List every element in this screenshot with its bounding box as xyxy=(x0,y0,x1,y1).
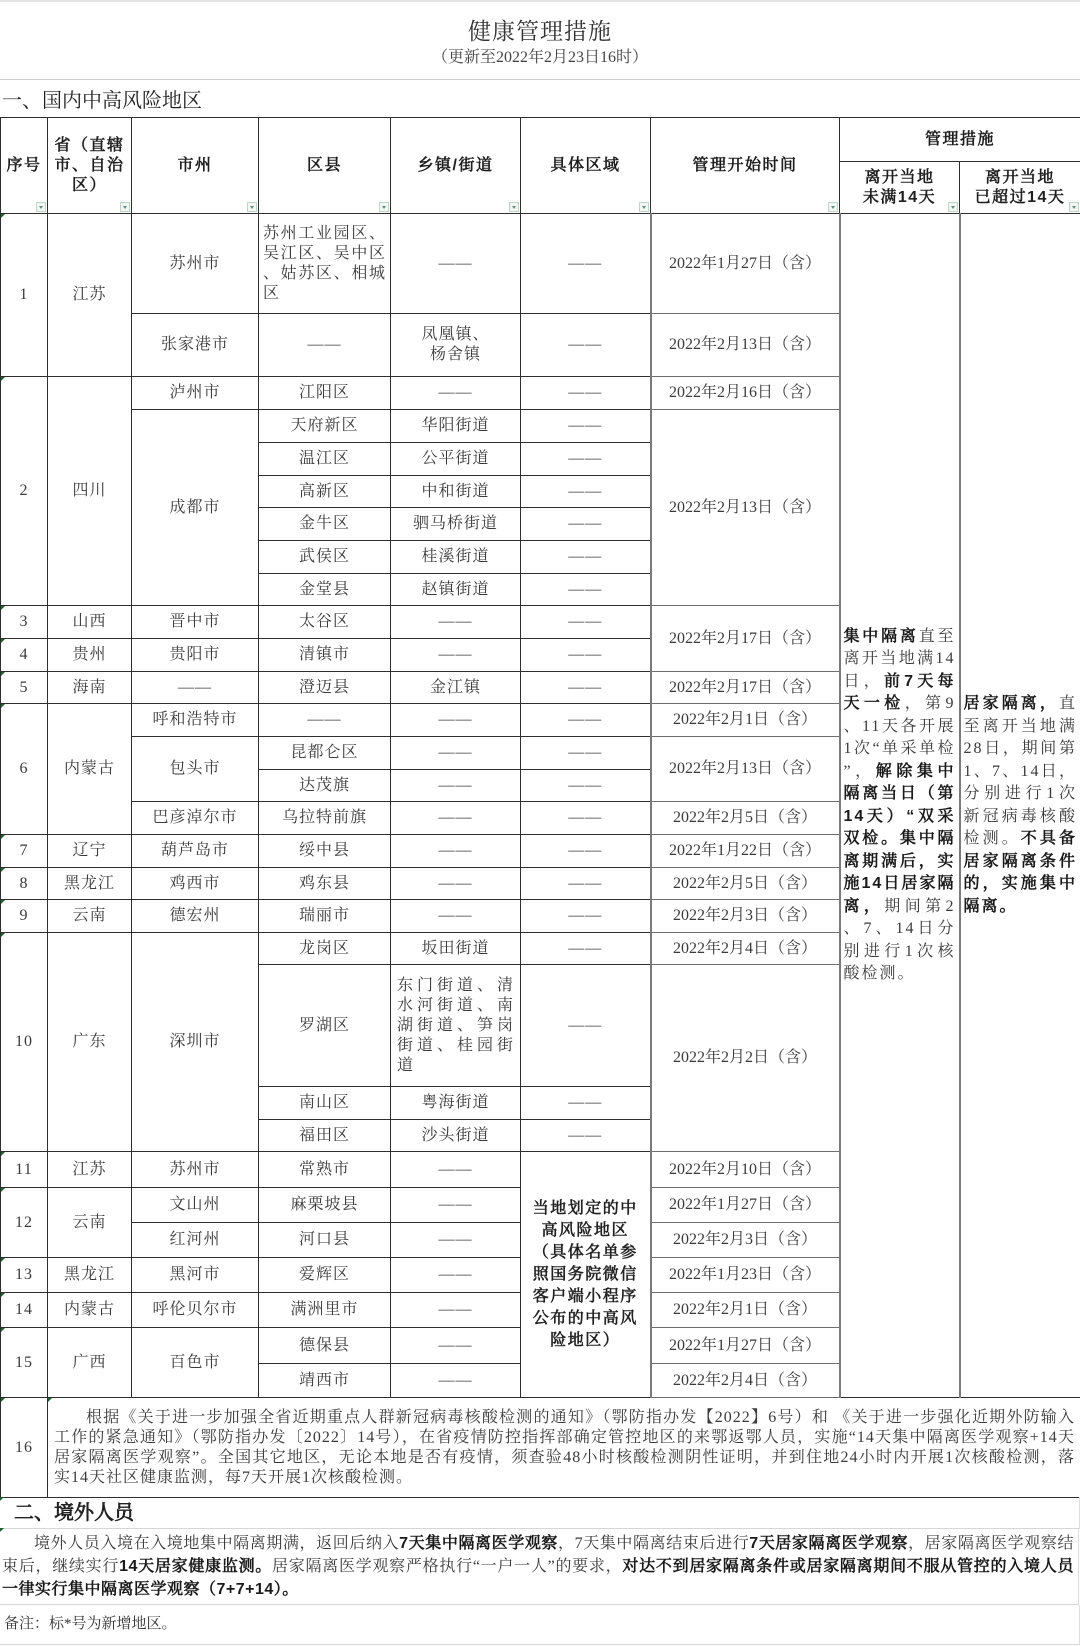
header-index: 序号 xyxy=(1,118,48,214)
header-town: 乡镇/街道 xyxy=(391,118,521,214)
header-start-time: 管理开始时间 xyxy=(651,118,840,214)
cell-area: —— xyxy=(521,508,651,541)
cell-district: 金牛区 xyxy=(259,508,391,541)
error-indicator-icon xyxy=(1,1398,5,1402)
header-row: 序号 省（直辖市、自治区） 市州 区县 乡镇/街道 具体区域 管理开始时间 管理… xyxy=(1,118,1080,162)
measure-over-14-days: 居家隔离，直至离开当地满28日，期间第1、7、14日，分别进行1次新冠病毒核酸检… xyxy=(960,214,1080,1398)
table-row-policy-note: 16 根据《关于进一步加强全省近期重点人群新冠病毒核酸检测的通知》（鄂防指办发【… xyxy=(1,1398,1080,1498)
cell-index: 13 xyxy=(1,1258,48,1293)
filter-dropdown-button[interactable] xyxy=(120,202,130,212)
paragraph-bold-segment: 7天集中隔离医学观察 xyxy=(399,1535,558,1552)
header-over-14-days: 离开当地 已超过14天 xyxy=(960,162,1080,214)
cell-town: —— xyxy=(391,214,521,314)
cell-district: 武侯区 xyxy=(259,541,391,574)
header-label: 离开当地 未满14天 xyxy=(863,168,936,208)
cell-start-date: 2022年1月23日（含） xyxy=(651,1258,840,1293)
cell-start-date: 2022年2月13日（含） xyxy=(651,314,840,377)
section-heading-domestic: 一、国内中高风险地区 xyxy=(2,86,202,114)
cell-province: 海南 xyxy=(48,672,132,704)
cell-area: —— xyxy=(521,443,651,476)
header-measures: 管理措施 xyxy=(840,118,1080,162)
error-indicator-icon xyxy=(1,868,5,872)
cell-city: 呼伦贝尔市 xyxy=(132,1293,259,1328)
cell-start-date: 2022年2月2日（含） xyxy=(651,965,840,1152)
error-indicator-icon xyxy=(1,900,5,904)
cell-city: 文山州 xyxy=(132,1188,259,1223)
page-subtitle: （更新至2022年2月23日16时） xyxy=(0,48,1080,68)
cell-town: —— xyxy=(391,1223,521,1258)
cell-city: 深圳市 xyxy=(132,933,259,1152)
cell-district: 太谷区 xyxy=(259,606,391,639)
header-label: 区县 xyxy=(307,156,342,176)
cell-index: 11 xyxy=(1,1152,48,1188)
cell-index: 5 xyxy=(1,672,48,704)
error-indicator-icon xyxy=(1,835,5,839)
cell-province: 内蒙古 xyxy=(48,1293,132,1328)
header-label: 具体区域 xyxy=(550,156,620,176)
cell-city: 鸡西市 xyxy=(132,868,259,900)
index-value: 10 xyxy=(15,1033,33,1050)
cell-start-date: 2022年2月4日（含） xyxy=(651,1364,840,1398)
cell-district: 爱辉区 xyxy=(259,1258,391,1293)
risk-area-table: 序号 省（直辖市、自治区） 市州 区县 乡镇/街道 具体区域 管理开始时间 管理… xyxy=(0,117,1080,1498)
cell-area: —— xyxy=(521,639,651,672)
cell-city: 巴彦淖尔市 xyxy=(132,802,259,835)
cell-area: —— xyxy=(521,377,651,410)
error-indicator-icon xyxy=(1,704,5,708)
chevron-down-icon xyxy=(123,206,127,209)
cell-district: 靖西市 xyxy=(259,1364,391,1398)
index-value: 1 xyxy=(20,286,29,303)
cell-area: —— xyxy=(521,214,651,314)
paragraph-bold-segment: 7天居家隔离医学观察 xyxy=(749,1535,908,1552)
table-row: 1 江苏 苏州市 苏州工业园区、吴江区、吴中区、姑苏区、相城区 —— —— 20… xyxy=(1,214,1080,314)
cell-city: 包头市 xyxy=(132,737,259,802)
paragraph-segment: 境外人员入境在入境地集中隔离期满，返回后纳入 xyxy=(34,1535,399,1552)
cell-district: 福田区 xyxy=(259,1120,391,1152)
cell-index: 16 xyxy=(1,1398,48,1498)
error-indicator-icon xyxy=(1,1293,5,1297)
cell-town: 驷马桥街道 xyxy=(391,508,521,541)
error-indicator-icon xyxy=(1,377,5,381)
cell-district: —— xyxy=(259,314,391,377)
cell-area: —— xyxy=(521,737,651,770)
cell-district: 清镇市 xyxy=(259,639,391,672)
cell-index: 10 xyxy=(1,933,48,1152)
error-indicator-icon xyxy=(48,1398,52,1402)
cell-city: 张家港市 xyxy=(132,314,259,377)
cell-district: 达茂旗 xyxy=(259,770,391,802)
header-label: 管理措施 xyxy=(925,130,995,150)
cell-area: —— xyxy=(521,802,651,835)
filter-dropdown-button[interactable] xyxy=(509,202,519,212)
cell-city: 苏州市 xyxy=(132,214,259,314)
cell-area: —— xyxy=(521,606,651,639)
cell-town: —— xyxy=(391,835,521,868)
cell-start-date: 2022年2月5日（含） xyxy=(651,868,840,900)
error-indicator-icon xyxy=(1,933,5,937)
cell-province: 江苏 xyxy=(48,1152,132,1188)
index-value: 14 xyxy=(15,1301,33,1318)
cell-town: —— xyxy=(391,1293,521,1328)
index-value: 6 xyxy=(20,760,29,777)
cell-town: 桂溪街道 xyxy=(391,541,521,574)
measure-bold-text: 居家隔离， xyxy=(964,695,1060,712)
cell-start-date: 2022年2月3日（含） xyxy=(651,900,840,933)
cell-district: —— xyxy=(259,704,391,737)
cell-town: 坂田街道 xyxy=(391,933,521,965)
cell-district: 龙岗区 xyxy=(259,933,391,965)
cell-city: 晋中市 xyxy=(132,606,259,639)
cell-policy-text: 根据《关于进一步加强全省近期重点人群新冠病毒核酸检测的通知》（鄂防指办发【202… xyxy=(48,1398,1080,1498)
cell-area: —— xyxy=(521,868,651,900)
filter-dropdown-button[interactable] xyxy=(828,202,838,212)
filter-dropdown-button[interactable] xyxy=(36,202,46,212)
chevron-down-icon xyxy=(382,206,386,209)
paragraph-bold-segment: 14天居家健康监测。 xyxy=(119,1558,272,1575)
cell-district: 鸡东县 xyxy=(259,868,391,900)
cell-town: 粤海街道 xyxy=(391,1087,521,1120)
cell-district: 金堂县 xyxy=(259,574,391,606)
cell-town: 赵镇街道 xyxy=(391,574,521,606)
cell-district: 乌拉特前旗 xyxy=(259,802,391,835)
cell-area: —— xyxy=(521,410,651,443)
cell-start-date: 2022年2月13日（含） xyxy=(651,410,840,606)
cell-town: —— xyxy=(391,737,521,770)
measure-text: 集中隔离直至离开当地满14日，前7天每天一检，第9、11天各开展1次“单采单检”… xyxy=(844,626,956,986)
cell-index: 14 xyxy=(1,1293,48,1328)
overseas-policy-paragraph: 境外人员入境在入境地集中隔离期满，返回后纳入7天集中隔离医学观察，7天集中隔离结… xyxy=(0,1528,1079,1605)
error-indicator-icon xyxy=(1,672,5,676)
cell-area: —— xyxy=(521,704,651,737)
error-indicator-icon xyxy=(1,214,5,218)
index-value: 5 xyxy=(20,679,29,696)
measure-bold-text: 解除集中隔离当日（第14天）“双采双检。集中隔离期满后，实施14日居家隔离， xyxy=(844,763,956,915)
cell-area-local-designated: 当地划定的中高风险地区（具体名单参照国务院微信客户端小程序公布的中高风险地区） xyxy=(521,1152,651,1398)
cell-start-date: 2022年2月1日（含） xyxy=(651,1293,840,1328)
cell-province: 辽宁 xyxy=(48,835,132,868)
cell-index: 6 xyxy=(1,704,48,835)
filter-dropdown-button[interactable] xyxy=(1069,202,1079,212)
cell-start-date: 2022年2月16日（含） xyxy=(651,377,840,410)
cell-index: 4 xyxy=(1,639,48,672)
cell-index: 7 xyxy=(1,835,48,868)
cell-city: 红河州 xyxy=(132,1223,259,1258)
header-district: 区县 xyxy=(259,118,391,214)
cell-province: 广西 xyxy=(48,1328,132,1398)
cell-town: 华阳街道 xyxy=(391,410,521,443)
cell-area: —— xyxy=(521,900,651,933)
cell-start-date: 2022年2月1日（含） xyxy=(651,704,840,737)
cell-area: —— xyxy=(521,770,651,802)
cell-district: 南山区 xyxy=(259,1087,391,1120)
cell-province: 山西 xyxy=(48,606,132,639)
error-indicator-icon xyxy=(0,1497,4,1501)
error-indicator-icon xyxy=(1,639,5,643)
cell-town: —— xyxy=(391,868,521,900)
cell-district: 德保县 xyxy=(259,1328,391,1364)
section-heading-overseas-block: 二、境外人员 xyxy=(0,1497,1080,1529)
chevron-down-icon xyxy=(512,206,516,209)
chevron-down-icon xyxy=(1072,206,1076,209)
paragraph-segment: ，7天集中隔离结束后进行 xyxy=(558,1535,749,1552)
filter-dropdown-button[interactable] xyxy=(247,202,257,212)
cell-district: 瑞丽市 xyxy=(259,900,391,933)
error-indicator-icon xyxy=(1,606,5,610)
cell-area: —— xyxy=(521,1087,651,1120)
footnote-text: 备注：标*号为新增地区。 xyxy=(4,1605,177,1644)
section-heading-overseas: 二、境外人员 xyxy=(14,1497,134,1528)
index-value: 12 xyxy=(15,1214,33,1231)
cell-district: 满洲里市 xyxy=(259,1293,391,1328)
cell-city: 苏州市 xyxy=(132,1152,259,1188)
cell-area: —— xyxy=(521,965,651,1087)
cell-town: 东门街道、清水河街道、南湖街道、笋岗街道、桂园街道 xyxy=(391,965,521,1087)
cell-province: 广东 xyxy=(48,933,132,1152)
paragraph-segment: 居家隔离医学观察严格执行“一户一人”的要求， xyxy=(272,1558,622,1575)
cell-province: 云南 xyxy=(48,900,132,933)
cell-district: 温江区 xyxy=(259,443,391,476)
cell-start-date: 2022年1月22日（含） xyxy=(651,835,840,868)
cell-area: —— xyxy=(521,314,651,377)
index-value: 9 xyxy=(20,907,29,924)
error-indicator-icon xyxy=(0,1528,4,1532)
cell-district: 绥中县 xyxy=(259,835,391,868)
cell-district: 昆都仑区 xyxy=(259,737,391,770)
cell-start-date: 2022年1月27日（含） xyxy=(651,214,840,314)
cell-start-date: 2022年2月5日（含） xyxy=(651,802,840,835)
measure-bold-text: 集中隔离 xyxy=(844,628,919,645)
header-label: 市州 xyxy=(177,156,212,176)
cell-city: 百色市 xyxy=(132,1328,259,1398)
header-under-14-days: 离开当地 未满14天 xyxy=(840,162,960,214)
header-label: 乡镇/街道 xyxy=(418,156,494,176)
index-value: 2 xyxy=(20,482,29,499)
header-label: 离开当地 已超过14天 xyxy=(975,168,1066,208)
title-block: 健康管理措施 （更新至2022年2月23日16时） xyxy=(0,2,1080,80)
cell-start-date: 2022年2月17日（含） xyxy=(651,672,840,704)
filter-dropdown-button[interactable] xyxy=(379,202,389,212)
cell-town: —— xyxy=(391,1188,521,1223)
cell-district: 麻栗坡县 xyxy=(259,1188,391,1223)
index-value: 16 xyxy=(15,1439,33,1456)
cell-area: —— xyxy=(521,476,651,508)
cell-city: 葫芦岛市 xyxy=(132,835,259,868)
chevron-down-icon xyxy=(642,206,646,209)
cell-town: 金江镇 xyxy=(391,672,521,704)
cell-index: 1 xyxy=(1,214,48,377)
cell-town: 中和街道 xyxy=(391,476,521,508)
cell-district: 河口县 xyxy=(259,1223,391,1258)
chevron-down-icon xyxy=(250,206,254,209)
cell-town: —— xyxy=(391,1152,521,1188)
cell-index: 15 xyxy=(1,1328,48,1398)
header-city: 市州 xyxy=(132,118,259,214)
index-value: 15 xyxy=(15,1354,33,1371)
cell-district: 天府新区 xyxy=(259,410,391,443)
cell-index: 12 xyxy=(1,1188,48,1258)
cell-city: 呼和浩特市 xyxy=(132,704,259,737)
cell-start-date: 2022年2月17日（含） xyxy=(651,606,840,672)
cell-city: 泸州市 xyxy=(132,377,259,410)
error-indicator-icon xyxy=(1,1328,5,1332)
cell-town: —— xyxy=(391,770,521,802)
header-label: 省（直辖市、自治区） xyxy=(52,136,127,196)
header-area: 具体区域 xyxy=(521,118,651,214)
header-province: 省（直辖市、自治区） xyxy=(48,118,132,214)
cell-district: 澄迈县 xyxy=(259,672,391,704)
cell-province: 黑龙江 xyxy=(48,1258,132,1293)
cell-index: 8 xyxy=(1,868,48,900)
policy-text: 根据《关于进一步加强全省近期重点人群新冠病毒核酸检测的通知》（鄂防指办发【202… xyxy=(54,1409,1075,1486)
cell-start-date: 2022年2月13日（含） xyxy=(651,737,840,802)
cell-town: —— xyxy=(391,704,521,737)
cell-city: —— xyxy=(132,672,259,704)
filter-dropdown-button[interactable] xyxy=(639,202,649,212)
measure-text-segment: 直至离开当地满28日，期间第1、7、14日，分别进行1次新冠病毒核酸检测。 xyxy=(964,695,1078,847)
cell-province: 四川 xyxy=(48,377,132,606)
cell-start-date: 2022年2月10日（含） xyxy=(651,1152,840,1188)
cell-town: 凤凰镇、 杨舍镇 xyxy=(391,314,521,377)
error-indicator-icon xyxy=(1,1152,5,1156)
cell-town: 公平街道 xyxy=(391,443,521,476)
cell-start-date: 2022年1月27日（含） xyxy=(651,1328,840,1364)
filter-dropdown-button[interactable] xyxy=(948,202,958,212)
cell-district: 江阳区 xyxy=(259,377,391,410)
cell-area: —— xyxy=(521,933,651,965)
cell-area: —— xyxy=(521,574,651,606)
chevron-down-icon xyxy=(831,206,835,209)
cell-town: —— xyxy=(391,1364,521,1398)
cell-town: —— xyxy=(391,377,521,410)
measure-text: 居家隔离，直至离开当地满28日，期间第1、7、14日，分别进行1次新冠病毒核酸检… xyxy=(964,693,1078,918)
error-indicator-icon xyxy=(1,1258,5,1262)
cell-town: —— xyxy=(391,900,521,933)
cell-start-date: 2022年2月4日（含） xyxy=(651,933,840,965)
cell-city: 黑河市 xyxy=(132,1258,259,1293)
cell-start-date: 2022年1月27日（含） xyxy=(651,1188,840,1223)
cell-town: —— xyxy=(391,802,521,835)
index-value: 11 xyxy=(15,1161,32,1178)
cell-district: 苏州工业园区、吴江区、吴中区、姑苏区、相城区 xyxy=(259,214,391,314)
cell-city: 德宏州 xyxy=(132,900,259,933)
cell-area: —— xyxy=(521,672,651,704)
cell-area: —— xyxy=(521,541,651,574)
error-indicator-icon xyxy=(1,1188,5,1192)
cell-area: —— xyxy=(521,835,651,868)
cell-city: 成都市 xyxy=(132,410,259,606)
cell-start-date: 2022年2月3日（含） xyxy=(651,1223,840,1258)
header-label: 序号 xyxy=(6,156,41,176)
header-label: 管理开始时间 xyxy=(692,156,797,176)
cell-district: 常熟市 xyxy=(259,1152,391,1188)
page-title: 健康管理措施 xyxy=(0,18,1080,46)
index-value: 4 xyxy=(20,646,29,663)
cell-province: 江苏 xyxy=(48,214,132,377)
index-value: 7 xyxy=(20,842,29,859)
index-value: 8 xyxy=(20,875,29,892)
cell-district: 罗湖区 xyxy=(259,965,391,1087)
cell-index: 3 xyxy=(1,606,48,639)
chevron-down-icon xyxy=(39,206,43,209)
cell-town: —— xyxy=(391,1258,521,1293)
cell-index: 2 xyxy=(1,377,48,606)
cell-province: 黑龙江 xyxy=(48,868,132,900)
measure-under-14-days: 集中隔离直至离开当地满14日，前7天每天一检，第9、11天各开展1次“单采单检”… xyxy=(840,214,960,1398)
cell-province: 内蒙古 xyxy=(48,704,132,835)
cell-town: —— xyxy=(391,1328,521,1364)
cell-area: —— xyxy=(521,1120,651,1152)
cell-province: 贵州 xyxy=(48,639,132,672)
index-value: 3 xyxy=(20,613,29,630)
cell-index: 9 xyxy=(1,900,48,933)
cell-district: 高新区 xyxy=(259,476,391,508)
cell-province: 云南 xyxy=(48,1188,132,1258)
index-value: 13 xyxy=(15,1266,33,1283)
chevron-down-icon xyxy=(951,206,955,209)
cell-city: 贵阳市 xyxy=(132,639,259,672)
cell-town: —— xyxy=(391,606,521,639)
cell-town: 沙头街道 xyxy=(391,1120,521,1152)
cell-town: —— xyxy=(391,639,521,672)
footnote-block: 备注：标*号为新增地区。 xyxy=(0,1605,1080,1645)
